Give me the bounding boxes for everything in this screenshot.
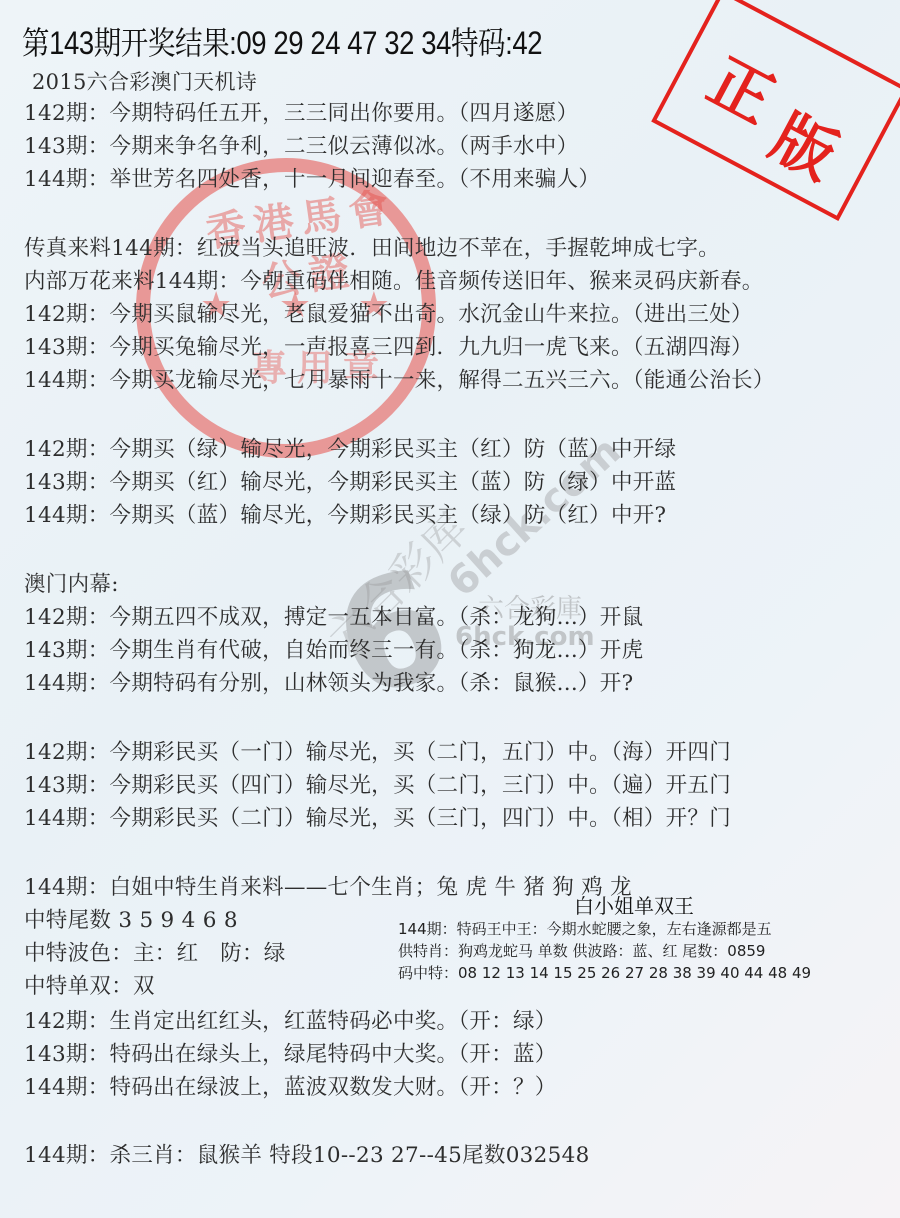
baijie-tail-line: 中特尾数 3 5 9 4 6 8 [24,903,238,934]
insider-title: 澳门内幕: [24,567,119,598]
insider-line: 144期：今期特码有分别，山林领头为我家。（杀：鼠猴...）开? [24,666,633,697]
baijie-zodiac-line: 144期：白姐中特生肖来料——七个生肖；兔 虎 牛 猪 狗 鸡 龙 [24,870,632,901]
box-row: 144期：特码王中王：今期水蛇腰之象，左右逢源都是五 [398,918,878,940]
doors-line: 143期：今期彩民买（四门）输尽光，买（二门，三门）中。（遍）开五门 [24,768,731,799]
fax-line: 143期：今期买兔输尽光，一声报喜三四到．九九归一虎飞来。（五湖四海） [24,330,753,361]
genuine-stamp: 正 版 [651,0,900,221]
kill-line: 144期：杀三肖：鼠猴羊 特段10--23 27--45尾数032548 [24,1138,590,1169]
box-row: 供特肖：狗鸡龙蛇马 单数 供波路：蓝、红 尾数：0859 [398,940,878,962]
special-line: 144期：特码出在绿波上，蓝波双数发大财。（开：？） [24,1070,557,1101]
insider-line: 143期：今期生肖有代破，自始而终三一有。（杀：狗龙...）开虎 [24,633,643,664]
poem-line: 144期：举世芳名四处香，十一月间迎春至。（不用来骗人） [24,162,600,193]
colors-line: 142期：今期买（绿）输尽光，今期彩民买主（红）防（蓝）中开绿 [24,432,676,463]
box-title: 白小姐单双王 [574,890,694,919]
baijie-oddeven-line: 中特单双：双 [24,969,155,1000]
box-row: 码中特：08 12 13 14 15 25 26 27 28 38 39 40 … [398,962,878,984]
poem-line: 143期：今期来争名争利，二三似云薄似冰。（两手水中） [24,129,578,160]
doors-line: 144期：今期彩民买（二门）输尽光，买（三门，四门）中。（相）开？门 [24,801,731,832]
colors-line: 144期：今期买（蓝）输尽光，今期彩民买主（绿）防（红）中开? [24,498,666,529]
stamp-char-2: 版 [759,88,856,196]
fax-line: 144期：今期买龙输尽光，七月暴雨十一来，解得二五兴三六。（能通公治长） [24,363,775,394]
special-line: 143期：特码出在绿头上，绿尾特码中大奖。（开：蓝） [24,1037,557,1068]
fax-line: 传真来料144期：红波当头追旺波．田间地边不苹在，手握乾坤成七字。 [24,231,720,262]
colors-line: 143期：今期买（红）输尽光，今期彩民买主（蓝）防（绿）中开蓝 [24,465,676,496]
poem-line: 142期：今期特码任五开，三三同出你要用。（四月遂愿） [24,96,578,127]
doors-line: 142期：今期彩民买（一门）输尽光，买（二门，五门）中。（海）开四门 [24,735,731,766]
insider-line: 142期：今期五四不成双，搏定一五本日富。（杀：龙狗...）开鼠 [24,600,643,631]
fax-line: 142期：今期买鼠输尽光，老鼠爱猫不出奇。水沉金山牛来拉。（进出三处） [24,297,753,328]
fax-line: 内部万花来料144期：今朝重码伴相随。佳音频传送旧年、猴来灵码庆新春。 [24,264,764,295]
poem-title: 2015六合彩澳门天机诗 [32,66,257,96]
odd-even-king-box: 144期：特码王中王：今期水蛇腰之象，左右逢源都是五 供特肖：狗鸡龙蛇马 单数 … [398,918,878,984]
special-line: 142期：生肖定出红红头，红蓝特码必中奖。（开：绿） [24,1004,557,1035]
stamp-char-1: 正 [696,32,793,140]
draw-result-headline: 第143期开奖结果:09 29 24 47 32 34特码:42 [22,18,542,64]
baijie-wave-line: 中特波色：主：红 防：绿 [24,936,286,967]
